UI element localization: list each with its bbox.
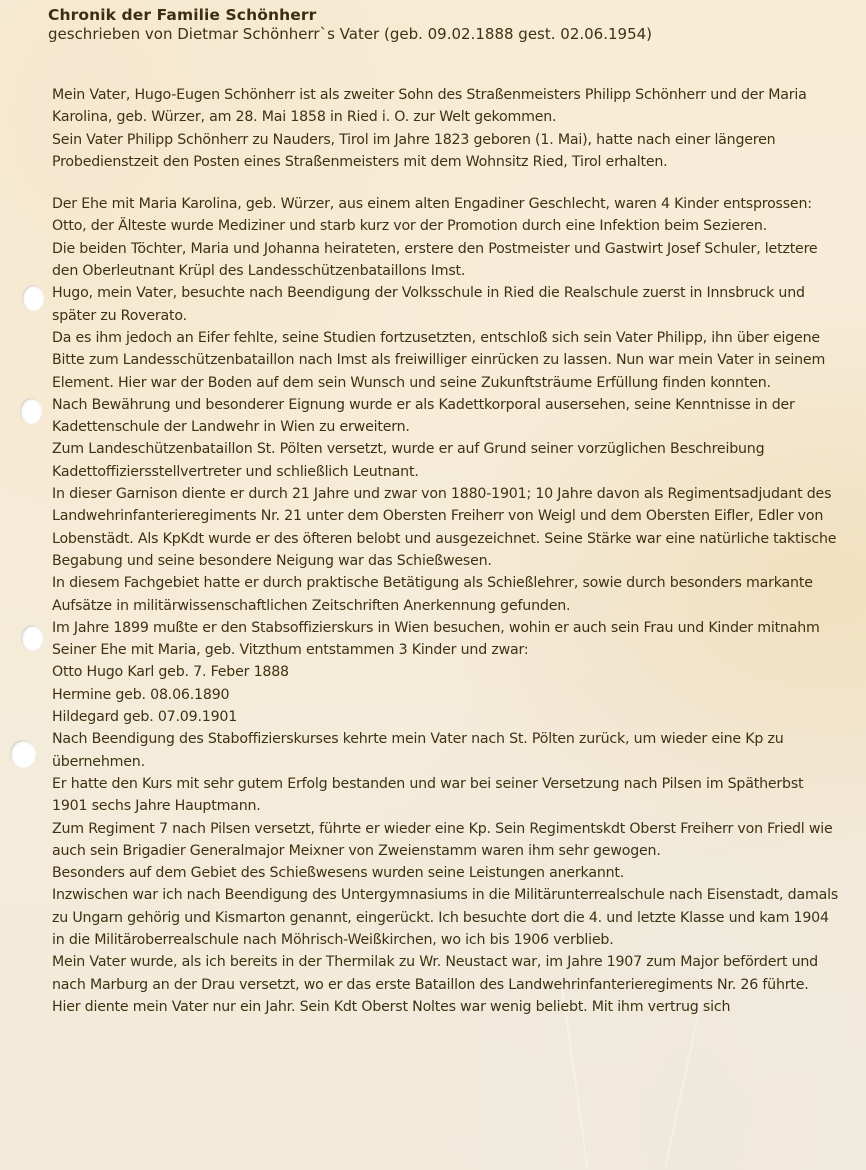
paragraph: Mein Vater wurde, als ich bereits in der… — [52, 951, 838, 996]
child-entry: Otto Hugo Karl geb. 7. Feber 1888 — [52, 661, 838, 683]
paragraph: Seiner Ehe mit Maria, geb. Vitzthum ents… — [52, 639, 838, 661]
punch-hole — [22, 285, 44, 311]
punch-hole — [21, 625, 43, 651]
paragraph: Besonders auf dem Gebiet des Schießwesen… — [52, 862, 838, 884]
paragraph: Otto, der Älteste wurde Mediziner und st… — [52, 215, 838, 237]
scanned-page: Chronik der Familie Schönherr geschriebe… — [0, 0, 866, 1170]
paragraph: Hier diente mein Vater nur ein Jahr. Sei… — [52, 996, 838, 1018]
paragraph: Inzwischen war ich nach Beendigung des U… — [52, 884, 838, 951]
paragraph: In dieser Garnison diente er durch 21 Ja… — [52, 483, 838, 572]
paragraph: Nach Bewährung und besonderer Eignung wu… — [52, 394, 838, 439]
document-title: Chronik der Familie Schönherr — [48, 6, 848, 25]
child-entry: Hermine geb. 08.06.1890 — [52, 684, 838, 706]
paragraph: Zum Regiment 7 nach Pilsen versetzt, füh… — [52, 818, 838, 863]
paragraph: Sein Vater Philipp Schönherr zu Nauders,… — [52, 129, 838, 174]
punch-hole — [20, 398, 42, 424]
paragraph: Mein Vater, Hugo-Eugen Schönherr ist als… — [52, 84, 838, 129]
paragraph: Zum Landeschützenbataillon St. Pölten ve… — [52, 438, 838, 483]
document-body: Mein Vater, Hugo-Eugen Schönherr ist als… — [52, 84, 838, 1018]
paragraph: Der Ehe mit Maria Karolina, geb. Würzer,… — [52, 193, 838, 215]
document-header: Chronik der Familie Schönherr geschriebe… — [48, 6, 848, 44]
paragraph: Im Jahre 1899 mußte er den Stabsoffizier… — [52, 617, 838, 639]
paragraph: In diesem Fachgebiet hatte er durch prak… — [52, 572, 838, 617]
paper-crease — [665, 1000, 702, 1167]
paragraph: Hugo, mein Vater, besuchte nach Beendigu… — [52, 282, 838, 327]
paragraph: Er hatte den Kurs mit sehr gutem Erfolg … — [52, 773, 838, 818]
child-entry: Hildegard geb. 07.09.1901 — [52, 706, 838, 728]
document-subtitle: geschrieben von Dietmar Schönherr`s Vate… — [48, 25, 848, 44]
punch-hole — [10, 740, 36, 768]
paragraph: Da es ihm jedoch an Eifer fehlte, seine … — [52, 327, 838, 394]
paragraph: Die beiden Töchter, Maria und Johanna he… — [52, 238, 838, 283]
paragraph: Nach Beendigung des Staboffizierskurses … — [52, 728, 838, 773]
